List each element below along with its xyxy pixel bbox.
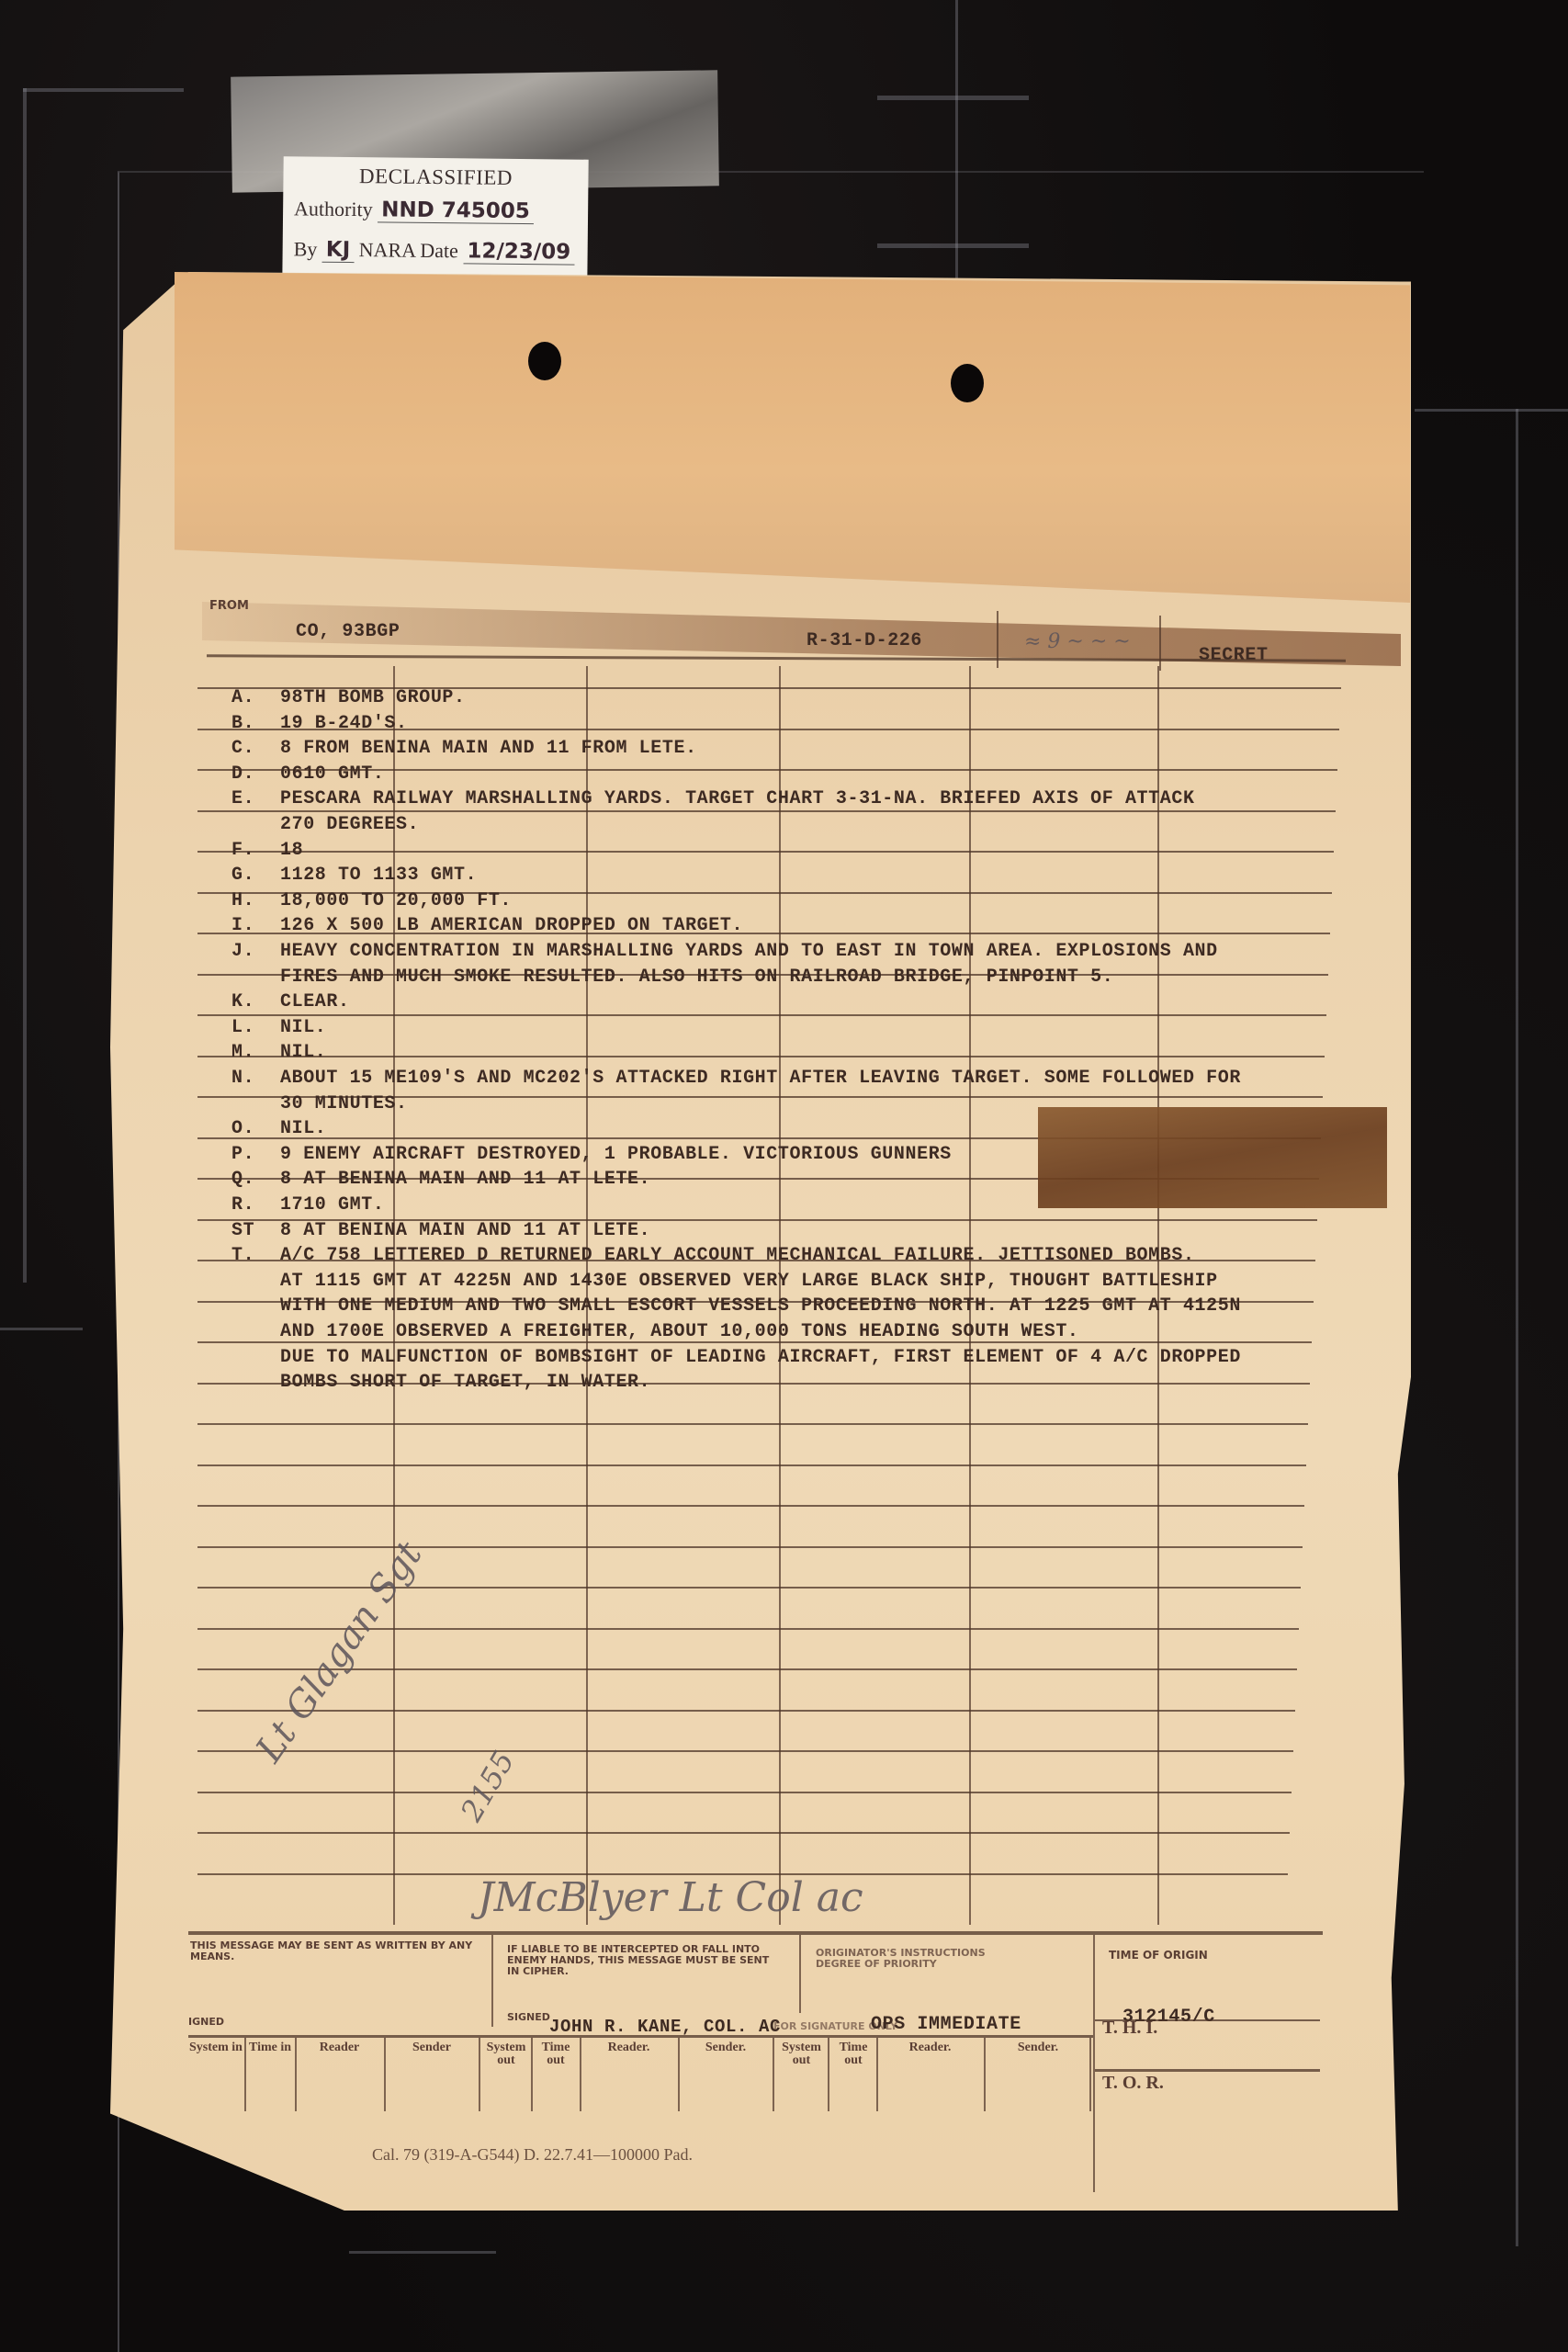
thi-label: T. H. I. bbox=[1102, 2021, 1157, 2034]
footer-column-header: System out bbox=[776, 2041, 827, 2067]
report-item-text: 0610 GMT. bbox=[280, 763, 384, 785]
footer-column-header: Sender bbox=[386, 2041, 478, 2054]
report-item-key: C. bbox=[231, 738, 254, 759]
signature: JMcBlyer Lt Col ac bbox=[478, 1874, 863, 1921]
authority-value: NND 745005 bbox=[378, 198, 534, 224]
report-item-text: 8 AT BENINA MAIN AND 11 AT LETE. bbox=[280, 1169, 650, 1190]
report-item-key: A. bbox=[231, 687, 254, 708]
footer-column-header: System out bbox=[482, 2041, 530, 2067]
report-item-text: 1128 TO 1133 GMT. bbox=[280, 865, 477, 886]
report-item-key: K. bbox=[231, 991, 254, 1012]
report-item-key: H. bbox=[231, 890, 254, 911]
footer-tor-line bbox=[1095, 2069, 1320, 2072]
report-item-text: WITH ONE MEDIUM AND TWO SMALL ESCORT VES… bbox=[280, 1295, 1241, 1317]
report-item-key: ST bbox=[231, 1220, 254, 1241]
grid-row-line bbox=[197, 1014, 1326, 1016]
frame-line bbox=[23, 88, 184, 92]
send-note: THIS MESSAGE MAY BE SENT AS WRITTEN BY A… bbox=[190, 1940, 493, 1962]
declassification-label: DECLASSIFIED Authority NND 745005 By KJ … bbox=[282, 156, 588, 284]
footer-divider bbox=[799, 1935, 801, 2013]
frame-line bbox=[1415, 409, 1568, 412]
authority-row: Authority NND 745005 bbox=[294, 197, 534, 223]
footer-column-header: Time out bbox=[533, 2041, 579, 2067]
grid-row-line bbox=[197, 1546, 1303, 1548]
report-item-text: NIL. bbox=[280, 1118, 326, 1139]
footer-divider bbox=[1093, 1935, 1095, 2192]
footer-column-header: Sender. bbox=[680, 2041, 772, 2054]
report-item-key: M. bbox=[231, 1042, 254, 1063]
report-item-text: 18,000 TO 20,000 FT. bbox=[280, 890, 512, 911]
footer-divider bbox=[491, 1935, 493, 2027]
report-item-text: 30 MINUTES. bbox=[280, 1093, 408, 1114]
declassified-title: DECLASSIFIED bbox=[283, 164, 588, 190]
report-item-text: 98TH BOMB GROUP. bbox=[280, 687, 466, 708]
report-item-text: HEAVY CONCENTRATION IN MARSHALLING YARDS… bbox=[280, 941, 1218, 962]
report-item-text: 9 ENEMY AIRCRAFT DESTROYED, 1 PROBABLE. … bbox=[280, 1144, 952, 1165]
footer-column-divider bbox=[1089, 2038, 1091, 2111]
grid-row-line bbox=[197, 1423, 1308, 1425]
footer-column-divider bbox=[828, 2038, 829, 2111]
report-item-text: AT 1115 GMT AT 4225N AND 1430E OBSERVED … bbox=[280, 1271, 1218, 1292]
grid-row-line bbox=[197, 1505, 1304, 1507]
folded-flap bbox=[175, 272, 1410, 603]
footer-column-header: Reader bbox=[296, 2041, 383, 2054]
report-item-text: CLEAR. bbox=[280, 991, 350, 1012]
frame-line bbox=[23, 88, 27, 1283]
footer-top-line bbox=[188, 1931, 1323, 1935]
report-item-text: 270 DEGREES. bbox=[280, 814, 419, 835]
report-item-key: O. bbox=[231, 1118, 254, 1139]
report-item-key: T. bbox=[231, 1245, 254, 1266]
grid-row-line bbox=[197, 1832, 1290, 1834]
grid-row-line bbox=[197, 1710, 1295, 1712]
report-item-text: BOMBS SHORT OF TARGET, IN WATER. bbox=[280, 1372, 650, 1393]
footer-column-divider bbox=[479, 2038, 480, 2111]
signed-label-left: IGNED bbox=[188, 2017, 224, 2028]
print-code: Cal. 79 (319-A-G544) D. 22.7.41—100000 P… bbox=[372, 2145, 693, 2165]
from-label: FROM bbox=[209, 599, 249, 613]
report-item-text: NIL. bbox=[280, 1042, 326, 1063]
agency-label: NARA bbox=[359, 238, 415, 262]
report-item-text: FIRES AND MUCH SMOKE RESULTED. ALSO HITS… bbox=[280, 967, 1113, 988]
authority-label: Authority bbox=[294, 197, 373, 220]
report-item-text: 1710 GMT. bbox=[280, 1194, 384, 1216]
date-label: Date bbox=[420, 239, 458, 262]
footer-column-header: Reader. bbox=[877, 2041, 983, 2054]
report-item-key: P. bbox=[231, 1144, 254, 1165]
date-handwritten: ≈ 9 ~ ~ ~ bbox=[1024, 630, 1131, 653]
frame-line bbox=[1516, 409, 1518, 2246]
report-item-key: L. bbox=[231, 1017, 254, 1038]
report-item-key: I. bbox=[231, 915, 254, 936]
report-item-key: F. bbox=[231, 840, 254, 861]
frame-line bbox=[877, 96, 1029, 100]
signed-value: JOHN R. KANE, COL. AC bbox=[549, 2017, 781, 2037]
grid-row-line bbox=[197, 1750, 1293, 1752]
report-item-text: 8 AT BENINA MAIN AND 11 AT LETE. bbox=[280, 1220, 650, 1241]
report-item-text: PESCARA RAILWAY MARSHALLING YARDS. TARGE… bbox=[280, 788, 1195, 809]
grid-row-line bbox=[197, 810, 1336, 812]
header-divider-col bbox=[997, 611, 998, 668]
footer-column-header: Reader. bbox=[581, 2041, 677, 2054]
tape-stain bbox=[1038, 1107, 1387, 1208]
footer-column-header: Time out bbox=[831, 2041, 875, 2067]
report-item-text: A/C 758 LETTERED D RETURNED EARLY ACCOUN… bbox=[280, 1245, 1195, 1266]
report-item-key: G. bbox=[231, 865, 254, 886]
priority-value: OPS IMMEDIATE bbox=[871, 2014, 1021, 2035]
footer-columns-line bbox=[188, 2035, 1093, 2038]
classification-badge: SECRET bbox=[1199, 645, 1269, 666]
report-item-key: E. bbox=[231, 788, 254, 809]
footer-column-header: Sender. bbox=[987, 2041, 1089, 2054]
by-value: KJ bbox=[322, 238, 355, 263]
signed-label: SIGNED bbox=[507, 2012, 550, 2023]
time-of-origin-label: TIME OF ORIGIN bbox=[1109, 1950, 1208, 1961]
report-item-key: J. bbox=[231, 941, 254, 962]
report-item-text: AND 1700E OBSERVED A FREIGHTER, ABOUT 10… bbox=[280, 1321, 1079, 1342]
date-value: 12/23/09 bbox=[463, 239, 574, 265]
report-item-text: 19 B-24D'S. bbox=[280, 713, 408, 734]
report-item-text: NIL. bbox=[280, 1017, 326, 1038]
report-item-text: 18 bbox=[280, 840, 303, 861]
header-divider-col bbox=[1159, 616, 1161, 671]
grid-row-line bbox=[197, 1668, 1297, 1670]
by-label: By bbox=[294, 237, 318, 260]
from-value: CO, 93BGP bbox=[296, 621, 400, 642]
report-item-key: R. bbox=[231, 1194, 254, 1216]
report-item-text: ABOUT 15 ME109'S AND MC202'S ATTACKED RI… bbox=[280, 1068, 1241, 1089]
report-item-key: B. bbox=[231, 713, 254, 734]
report-item-text: 126 X 500 LB AMERICAN DROPPED ON TARGET. bbox=[280, 915, 743, 936]
footer-column-header: Time in bbox=[246, 2041, 294, 2054]
report-item-key: Q. bbox=[231, 1169, 254, 1190]
report-item-text: 8 FROM BENINA MAIN AND 11 FROM LETE. bbox=[280, 738, 697, 759]
by-row: By KJ NARA Date 12/23/09 bbox=[294, 237, 575, 264]
grid-row-line bbox=[197, 1792, 1292, 1793]
report-item-key: N. bbox=[231, 1068, 254, 1089]
grid-row-line bbox=[197, 851, 1334, 853]
grid-row-line bbox=[197, 1056, 1325, 1057]
punch-hole-left bbox=[528, 342, 561, 380]
footer-column-divider bbox=[984, 2038, 986, 2111]
originator-instructions-label: ORIGINATOR'S INSTRUCTIONS DEGREE OF PRIO… bbox=[816, 1948, 1018, 1970]
grid-row-line bbox=[197, 1464, 1306, 1466]
frame-line bbox=[0, 1328, 83, 1330]
originator-number: R-31-D-226 bbox=[807, 630, 922, 651]
footer-column-header: System in bbox=[188, 2041, 243, 2054]
punch-hole-right bbox=[951, 364, 984, 402]
report-item-text: DUE TO MALFUNCTION OF BOMBSIGHT OF LEADI… bbox=[280, 1347, 1241, 1368]
cipher-note: IF LIABLE TO BE INTERCEPTED OR FALL INTO… bbox=[507, 1944, 783, 1977]
tor-label: T. O. R. bbox=[1102, 2076, 1164, 2089]
report-item-key: D. bbox=[231, 763, 254, 785]
footer-column-divider bbox=[773, 2038, 774, 2111]
